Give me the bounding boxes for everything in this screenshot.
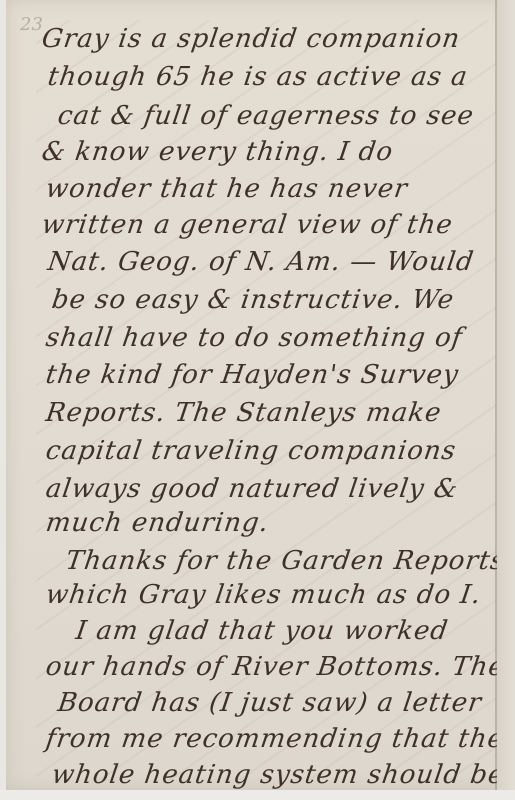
letter-line-1: Gray is a splendid companion [40,24,462,54]
letter-page: 23 Gray is a splendid companion though 6… [6,0,515,790]
letter-line-13: always good natured lively & [44,474,460,504]
bleed-through-page-number: 23 [20,14,43,35]
letter-line-11: Reports. The Stanleys make [44,398,444,428]
letter-line-21: whole heating system should be [50,760,507,790]
letter-line-16: which Gray likes much as do I. [44,580,483,610]
letter-line-2: though 65 he is as active as a [46,62,470,92]
letter-line-19: Board has (I just saw) a letter [56,688,484,718]
letter-line-4: & know every thing. I do [40,137,395,167]
letter-line-8: be so easy & instructive. We [50,285,456,315]
letter-line-3: cat & full of eagerness to see [56,101,476,131]
letter-line-18: our hands of River Bottoms. The [44,652,507,682]
letter-line-7: Nat. Geog. of N. Am. — Would [46,247,476,277]
scan-margin [0,790,515,800]
letter-line-17: I am glad that you worked [74,616,450,646]
letter-line-14: much enduring. [44,508,271,538]
letter-line-20: from me recommending that the [44,724,506,754]
letter-line-5: wonder that he has never [44,174,410,204]
letter-line-9: shall have to do something of [44,323,465,353]
letter-line-12: capital traveling companions [44,436,458,466]
letter-line-10: the kind for Hayden's Survey [44,360,461,390]
letter-line-6: written a general view of the [40,210,455,240]
adjacent-page-edge [497,0,515,790]
letter-line-15: Thanks for the Garden Reports [64,546,507,576]
